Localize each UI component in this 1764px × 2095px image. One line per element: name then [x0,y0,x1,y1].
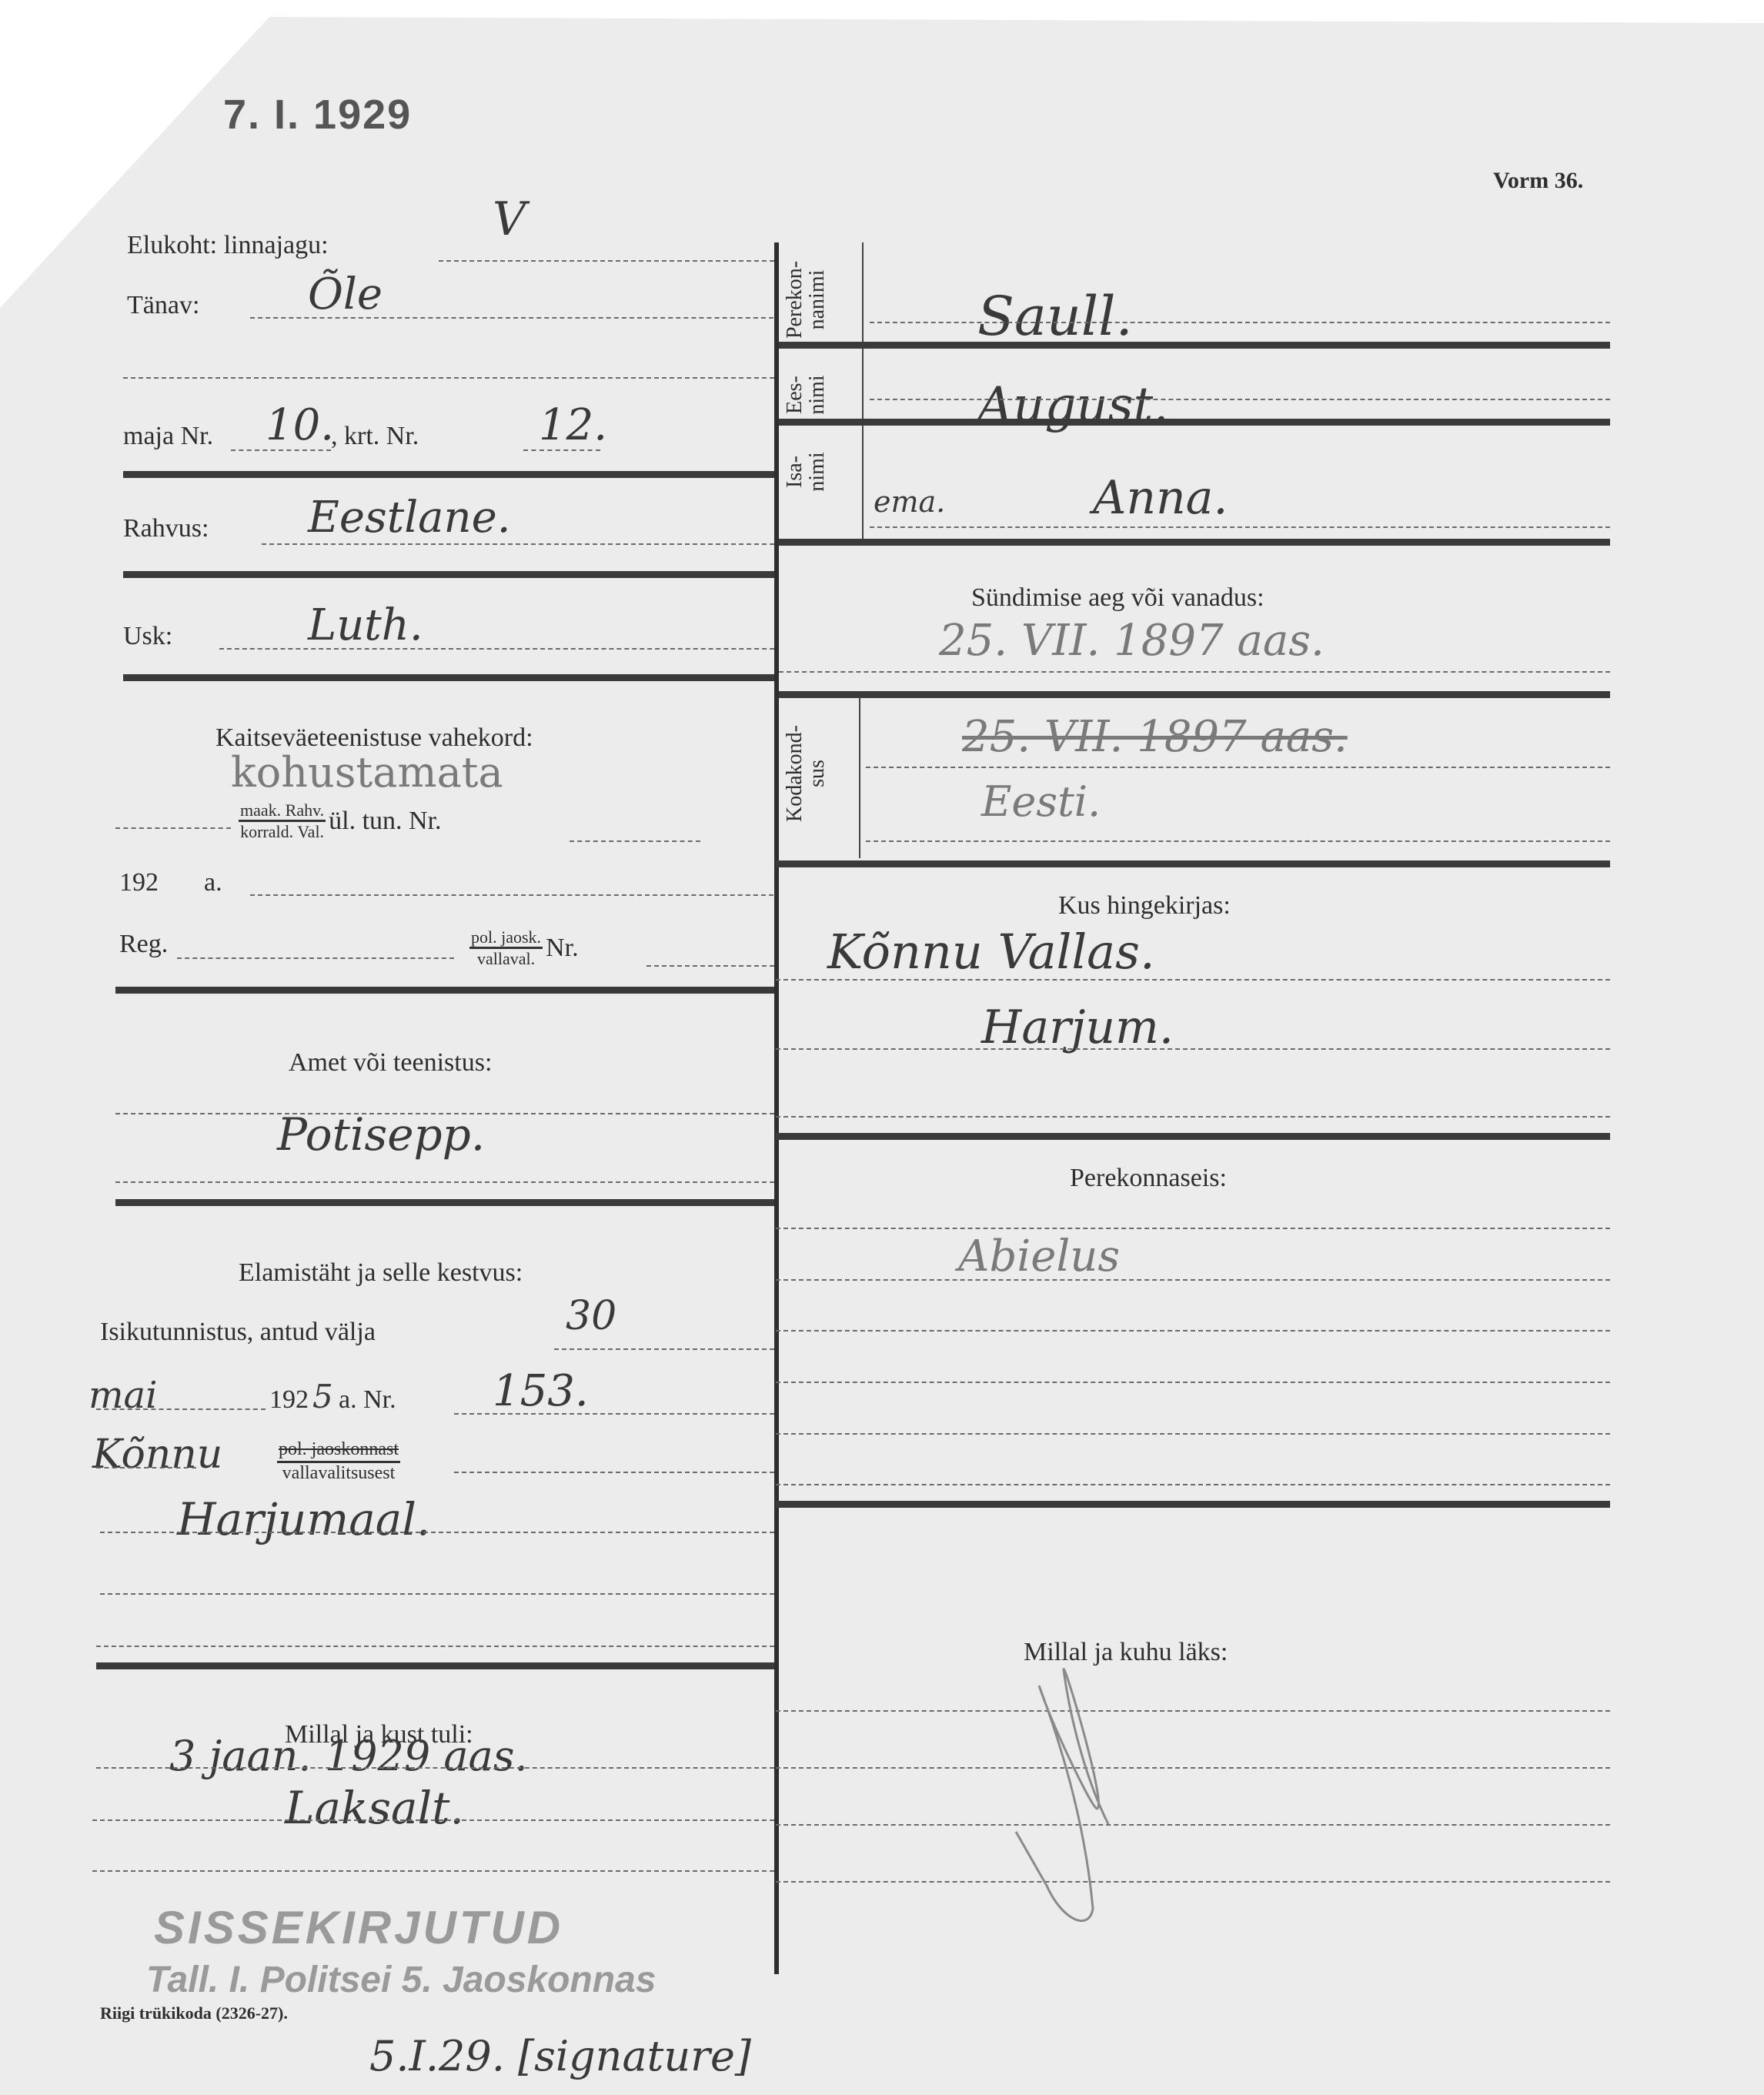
registry-line-1 [776,979,1610,981]
house-label: maja Nr. [123,422,213,451]
marital-line-1 [776,1228,1610,1229]
occupation-line-2 [115,1181,774,1183]
form-number: Vorm 36. [1493,168,1583,194]
issuer-fraction: pol. jaoskonnastvallavalitsusest [277,1439,400,1484]
issuer-county-line [100,1532,774,1533]
reg-line [177,957,454,959]
citizenship-struck-value: 25. VII. 1897 aas. [962,712,1348,762]
nationality-label: Rahvus: [123,514,209,543]
citizenship-label: Kodakond- sus [783,700,829,847]
reg-label: Reg. [119,930,168,959]
birth-line [779,671,1610,673]
citizenship-line-1 [866,767,1610,768]
residence-permit-label: Elamistäht ja selle kestvus: [239,1258,523,1288]
year-label: 192 [119,868,159,897]
street-label: Tänav: [127,291,199,320]
issuer-line-2 [454,1472,774,1473]
id-month-line [96,1408,266,1410]
id-year-prefix: 192 [269,1385,309,1415]
surname-label-line2: nanimi [806,244,828,356]
surname-line [870,322,1610,323]
surname-label-line1: Perekon- [783,244,806,356]
form-paper [0,0,1764,2095]
rule-first-name [779,342,1610,349]
citizenship-value[interactable]: Eesti. [981,777,1101,826]
rule-departure [776,1501,1610,1508]
rule-arrival [96,1662,774,1669]
id-year-suffix: a. Nr. [339,1385,396,1415]
religion-label: Usk: [123,622,172,651]
reg-frac-top: pol. jaosk. [469,927,543,949]
citizenship-label-line2: sus [806,700,828,847]
birth-value[interactable]: 25. VII. 1897 aas. [939,616,1325,666]
surname-value[interactable]: Saull. [977,285,1133,348]
frac-top: maak. Rahv. [239,800,326,822]
surname-label: Perekon- nanimi [783,244,829,356]
rule-military [123,674,774,681]
year-line [250,894,773,896]
occupation-value[interactable]: Potisepp. [277,1108,485,1161]
district-label: Elukoht: linnajagu: [127,231,329,260]
arrival-line-3 [92,1870,774,1872]
issuer-line [96,1467,196,1469]
rule-registry [776,860,1610,867]
id-day-line [554,1348,774,1350]
permit-extra-line-2 [96,1646,774,1647]
patronymic-label-line1: Isa- [783,429,806,514]
issuer-struck-label: pol. jaoskonnast [277,1439,400,1463]
military-value[interactable]: kohustamata [231,748,503,797]
rule-patronymic [779,419,1610,426]
district-line [439,260,774,262]
military-fraction: maak. Rahv.korrald. Val. ül. tun. Nr. [239,800,442,842]
center-divider [774,242,779,1974]
nationality-line [262,543,774,545]
marital-line-5 [776,1433,1610,1435]
arrival-line-2 [92,1819,774,1821]
military-pre-line [115,827,231,829]
printer-line: Riigi trükikoda (2326-27). [100,2003,288,2023]
registry-label: Kus hingekirjas: [1058,891,1231,921]
marital-value[interactable]: Abielus [958,1231,1120,1281]
marital-line-2 [776,1279,1610,1281]
id-number-value[interactable]: 153. [493,1366,589,1416]
patronymic-line [870,526,1610,528]
signature-scribble [1001,1655,1231,1924]
registration-stamp-line1: SISSEKIRJUTUD [154,1901,563,1954]
rule-marital [776,1133,1610,1140]
apt-value[interactable]: 12. [539,400,607,450]
first-name-line [870,399,1610,400]
id-day-value[interactable]: 30 [566,1293,616,1339]
id-month-value[interactable]: mai [89,1374,157,1417]
rule-citizenship [779,691,1610,698]
marital-line-6 [776,1484,1610,1485]
rule-nationality [123,471,774,478]
religion-line [219,648,774,650]
rule-religion [123,571,774,578]
registry-line-2 [776,1048,1610,1050]
reg-nr-line [646,965,774,967]
date-stamp: 7. I. 1929 [223,91,412,139]
id-year-digit[interactable]: 5 [312,1378,333,1415]
registry-value-line2[interactable]: Harjum. [981,1001,1174,1054]
rule-occupation [115,987,774,994]
patronymic-label: Isa- nimi [783,429,829,514]
marital-line-4 [776,1382,1610,1383]
arrival-place-value[interactable]: Laksalt. [285,1782,464,1834]
citizenship-label-line1: Kodakond- [783,700,806,847]
registry-value-line1[interactable]: Kõnnu Vallas. [827,924,1155,980]
occupation-label: Amet või teenistus: [289,1048,492,1078]
street-value[interactable]: Õle [308,269,383,319]
rule-residence-permit [115,1199,774,1206]
reg-frac-bottom: vallaval. [477,949,535,968]
issuer-value[interactable]: Kõnnu [92,1432,222,1478]
label-col-divider-names [862,242,864,543]
military-nr-line [570,840,700,842]
citizenship-line-2 [866,840,1610,842]
frac-bottom: korrald. Val. [240,822,324,841]
year-suffix: a. [204,868,222,897]
marital-line-3 [776,1330,1610,1332]
rule-birth [779,539,1610,546]
id-label: Isikutunnistus, antud välja [100,1318,376,1347]
patronymic-value[interactable]: Anna. [1093,471,1228,525]
patronymic-prefix[interactable]: ema. [874,485,945,519]
district-value[interactable]: V [493,192,526,246]
address-extra-line [123,377,774,379]
arrival-line-1 [96,1767,774,1769]
registration-stamp-line2: Tall. I. Politsei 5. Jaoskonnas [146,1959,656,2001]
apt-label: , krt. Nr. [331,422,419,451]
registry-line-3 [776,1116,1610,1118]
ul-tun-label: ül. tun. Nr. [329,807,441,835]
reg-nr-label: Nr. [546,934,579,962]
marital-label: Perekonnaseis: [1070,1164,1227,1193]
issuer-county-value[interactable]: Harjumaal. [177,1493,430,1545]
patronymic-label-line2: nimi [806,429,828,514]
birth-label: Sündimise aeg või vanadus: [971,583,1265,613]
house-value[interactable]: 10. [266,400,334,450]
religion-value[interactable]: Luth. [308,600,423,650]
issuer-label: vallavalitsusest [282,1463,396,1483]
permit-extra-line-1 [100,1593,774,1595]
bottom-note: 5.I.29. [signature] [369,2032,751,2080]
arrival-date-value[interactable]: 3 jaan. 1929 aas. [169,1732,528,1780]
nationality-value[interactable]: Eestlane. [308,493,511,543]
reg-fraction: pol. jaosk.vallaval. Nr. [469,927,579,969]
label-col-divider-citizenship [859,697,860,858]
